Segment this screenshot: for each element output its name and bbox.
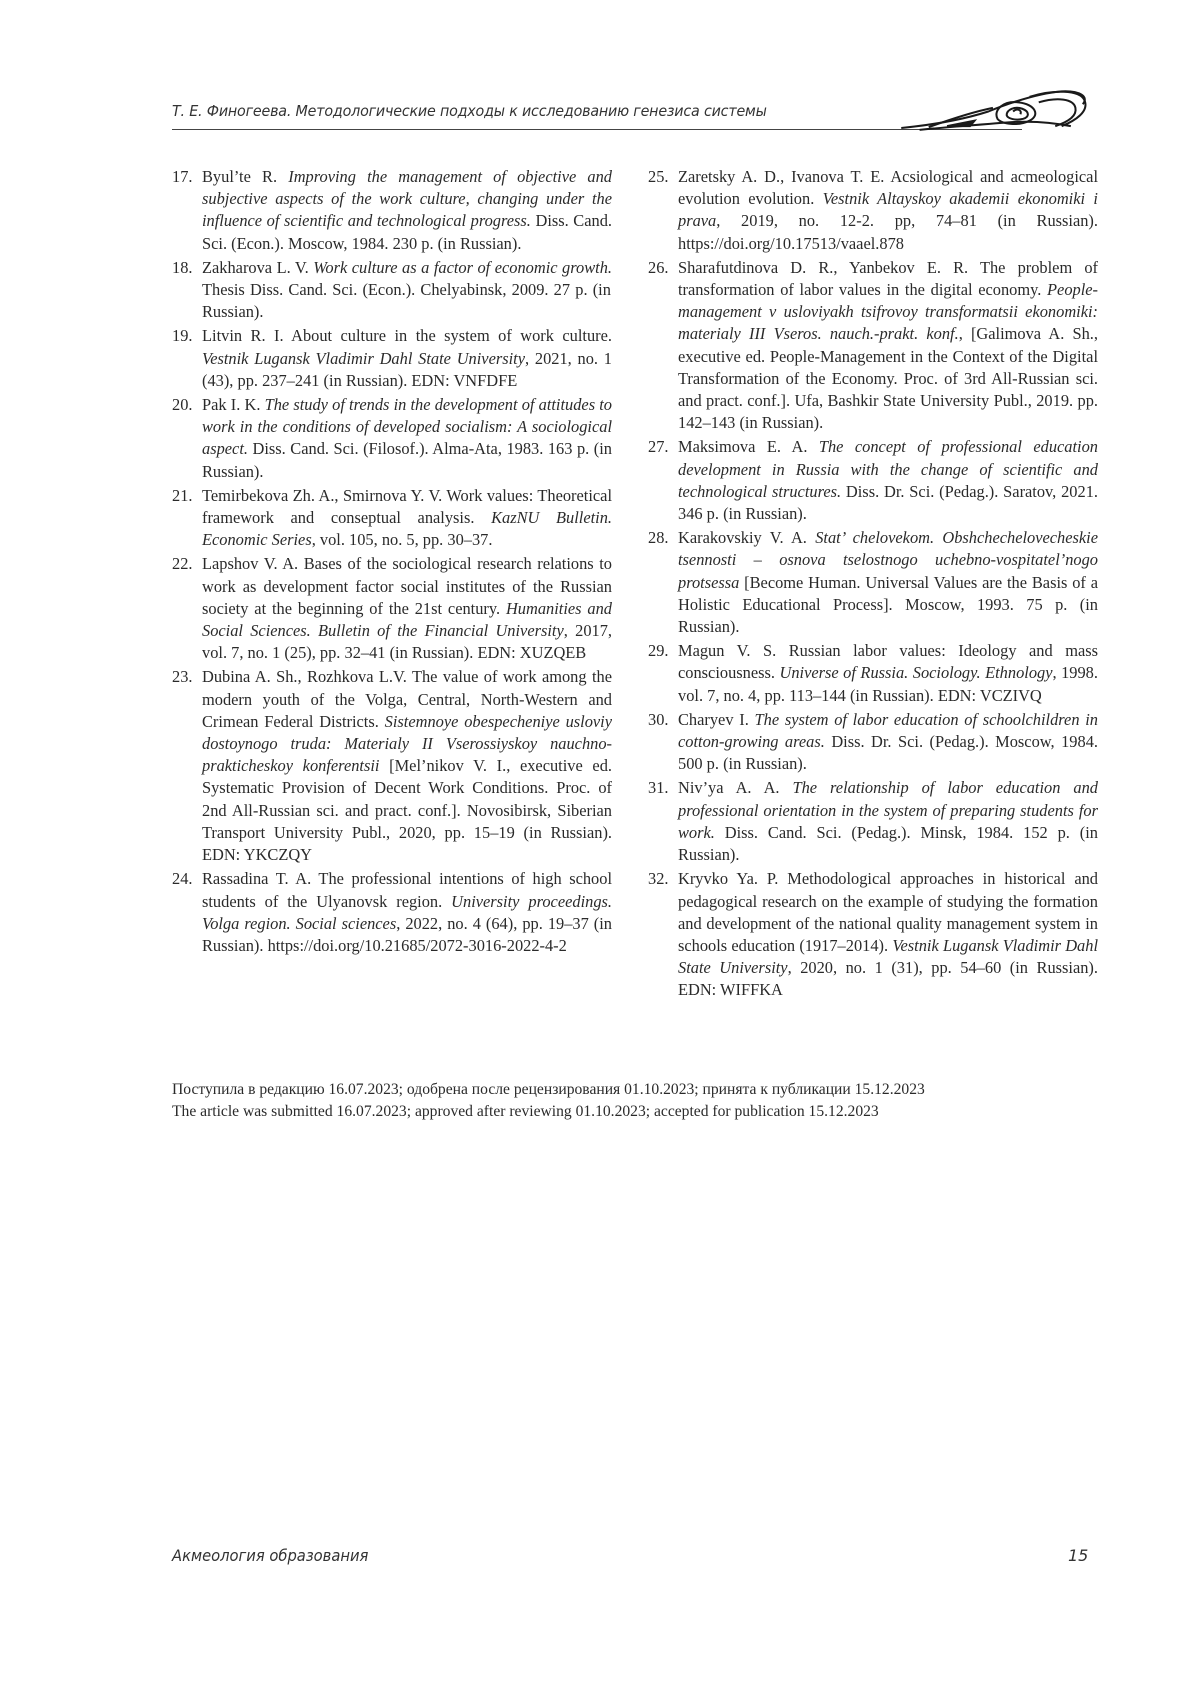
reference-item: 21.Temirbekova Zh. A., Smirnova Y. V. Wo… <box>172 485 612 552</box>
reference-item: 27.Maksimova E. A. The concept of profes… <box>648 436 1098 525</box>
reference-item: 30.Charyev I. The system of labor educat… <box>648 709 1098 776</box>
page-number: 15 <box>1068 1546 1088 1565</box>
article-dates: Поступила в редакцию 16.07.2023; одобрен… <box>172 1079 1102 1123</box>
reference-item: 18.Zakharova L. V. Work culture as a fac… <box>172 257 612 324</box>
reference-item: 22.Lapshov V. A. Bases of the sociologic… <box>172 553 612 664</box>
journal-name: Акмеология образования <box>172 1546 368 1565</box>
references-right-column: 25.Zaretsky A. D., Ivanova T. E. Acsiolo… <box>648 166 1098 1004</box>
reference-item: 23.Dubina A. Sh., Rozhkova L.V. The valu… <box>172 666 612 866</box>
reference-item: 25.Zaretsky A. D., Ivanova T. E. Acsiolo… <box>648 166 1098 255</box>
reference-item: 26.Sharafutdinova D. R., Yanbekov E. R. … <box>648 257 1098 435</box>
reference-item: 32.Kryvko Ya. P. Methodological approach… <box>648 868 1098 1001</box>
art-nouveau-ornament-icon <box>895 84 1100 139</box>
reference-item: 29.Magun V. S. Russian labor values: Ide… <box>648 640 1098 707</box>
running-title: Т. Е. Финогеева. Методологические подход… <box>172 102 767 120</box>
reference-item: 19.Litvin R. I. About culture in the sys… <box>172 325 612 392</box>
references-left-column: 17.Byul’te R. Improving the management o… <box>172 166 612 959</box>
reference-item: 28.Karakovskiy V. A. Stat’ chelovekom. O… <box>648 527 1098 638</box>
reference-item: 17.Byul’te R. Improving the management o… <box>172 166 612 255</box>
dates-english: The article was submitted 16.07.2023; ap… <box>172 1101 1102 1123</box>
reference-item: 31.Niv’ya A. A. The relationship of labo… <box>648 777 1098 866</box>
dates-russian: Поступила в редакцию 16.07.2023; одобрен… <box>172 1079 1102 1101</box>
reference-item: 24.Rassadina T. A. The professional inte… <box>172 868 612 957</box>
reference-item: 20.Pak I. K. The study of trends in the … <box>172 394 612 483</box>
